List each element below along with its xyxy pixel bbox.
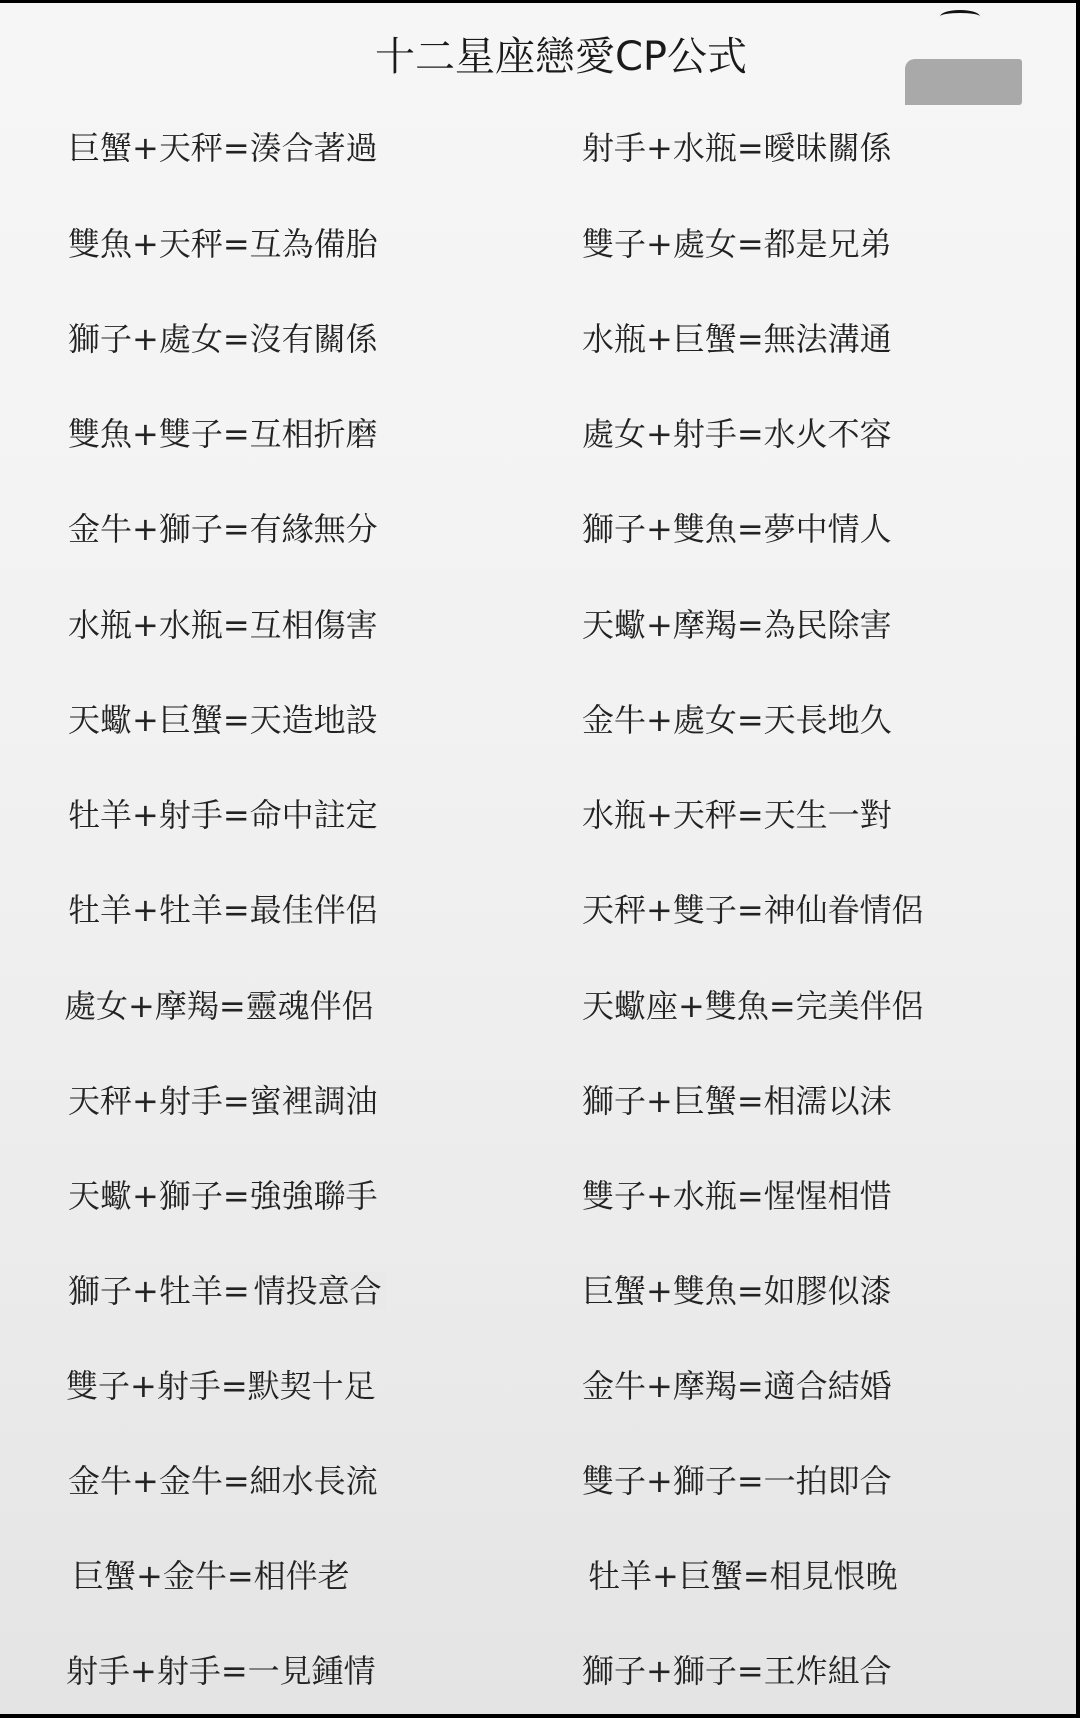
formula-right-7: 金牛+處女=天長地久 — [582, 700, 892, 740]
formula-right-2: 雙子+處女=都是兄弟 — [582, 224, 892, 264]
formula-right-14: 金牛+摩羯=適合結婚 — [582, 1366, 892, 1406]
formula-right-12: 雙子+水瓶=惺惺相惜 — [582, 1176, 892, 1216]
formula-right-13: 巨蟹+雙魚=如膠似漆 — [582, 1271, 892, 1311]
formula-left-17: 射手+射手=一見鍾情 — [66, 1651, 376, 1691]
gray-overlay-block — [905, 59, 1022, 105]
formula-right-16: 牡羊+巨蟹=相見恨晚 — [588, 1556, 898, 1596]
formula-left-5: 金牛+獅子=有緣無分 — [68, 509, 378, 549]
highlighted-result: 情投意合 — [250, 1272, 386, 1310]
formula-left-9: 牡羊+牡羊=最佳伴侶 — [68, 890, 378, 930]
formula-left-16: 巨蟹+金牛=相伴老 — [72, 1556, 350, 1596]
formula-left-6: 水瓶+水瓶=互相傷害 — [68, 605, 378, 645]
formula-left-7: 天蠍+巨蟹=天造地設 — [68, 700, 378, 740]
formula-right-17: 獅子+獅子=王炸組合 — [582, 1651, 892, 1691]
document-page: 十二星座戀愛CP公式 巨蟹+天秤=湊合著過 射手+水瓶=曖昧關係 雙魚+天秤=互… — [0, 3, 1076, 1714]
formula-right-6: 天蠍+摩羯=為民除害 — [582, 605, 892, 645]
formula-left-13: 獅子+牡羊=情投意合 — [68, 1271, 386, 1311]
formula-right-15: 雙子+獅子=一拍即合 — [582, 1461, 892, 1501]
formula-right-8: 水瓶+天秤=天生一對 — [582, 795, 892, 835]
formula-left-2: 雙魚+天秤=互為備胎 — [68, 224, 378, 264]
formula-left-11: 天秤+射手=蜜裡調油 — [68, 1081, 378, 1121]
formula-left-12: 天蠍+獅子=強強聯手 — [68, 1176, 378, 1216]
formula-left-8: 牡羊+射手=命中註定 — [68, 795, 378, 835]
formula-right-1: 射手+水瓶=曖昧關係 — [582, 128, 892, 168]
formula-right-9: 天秤+雙子=神仙眷情侶 — [582, 890, 924, 930]
black-arc-fragment — [940, 10, 980, 23]
formula-left-4: 雙魚+雙子=互相折磨 — [68, 414, 378, 454]
formula-right-11: 獅子+巨蟹=相濡以沫 — [582, 1081, 892, 1121]
formula-left-1: 巨蟹+天秤=湊合著過 — [68, 128, 378, 168]
formula-left-15: 金牛+金牛=細水長流 — [68, 1461, 378, 1501]
formula-right-3: 水瓶+巨蟹=無法溝通 — [582, 319, 892, 359]
formula-right-4: 處女+射手=水火不容 — [582, 414, 892, 454]
formula-right-10: 天蠍座+雙魚=完美伴侶 — [582, 986, 924, 1026]
formula-left-10: 處女+摩羯=靈魂伴侶 — [64, 986, 374, 1026]
formula-right-5: 獅子+雙魚=夢中情人 — [582, 509, 892, 549]
formula-prefix: 獅子+牡羊= — [68, 1272, 250, 1310]
formula-left-14: 雙子+射手=默契十足 — [66, 1366, 376, 1406]
formula-left-3: 獅子+處女=沒有關係 — [68, 319, 378, 359]
